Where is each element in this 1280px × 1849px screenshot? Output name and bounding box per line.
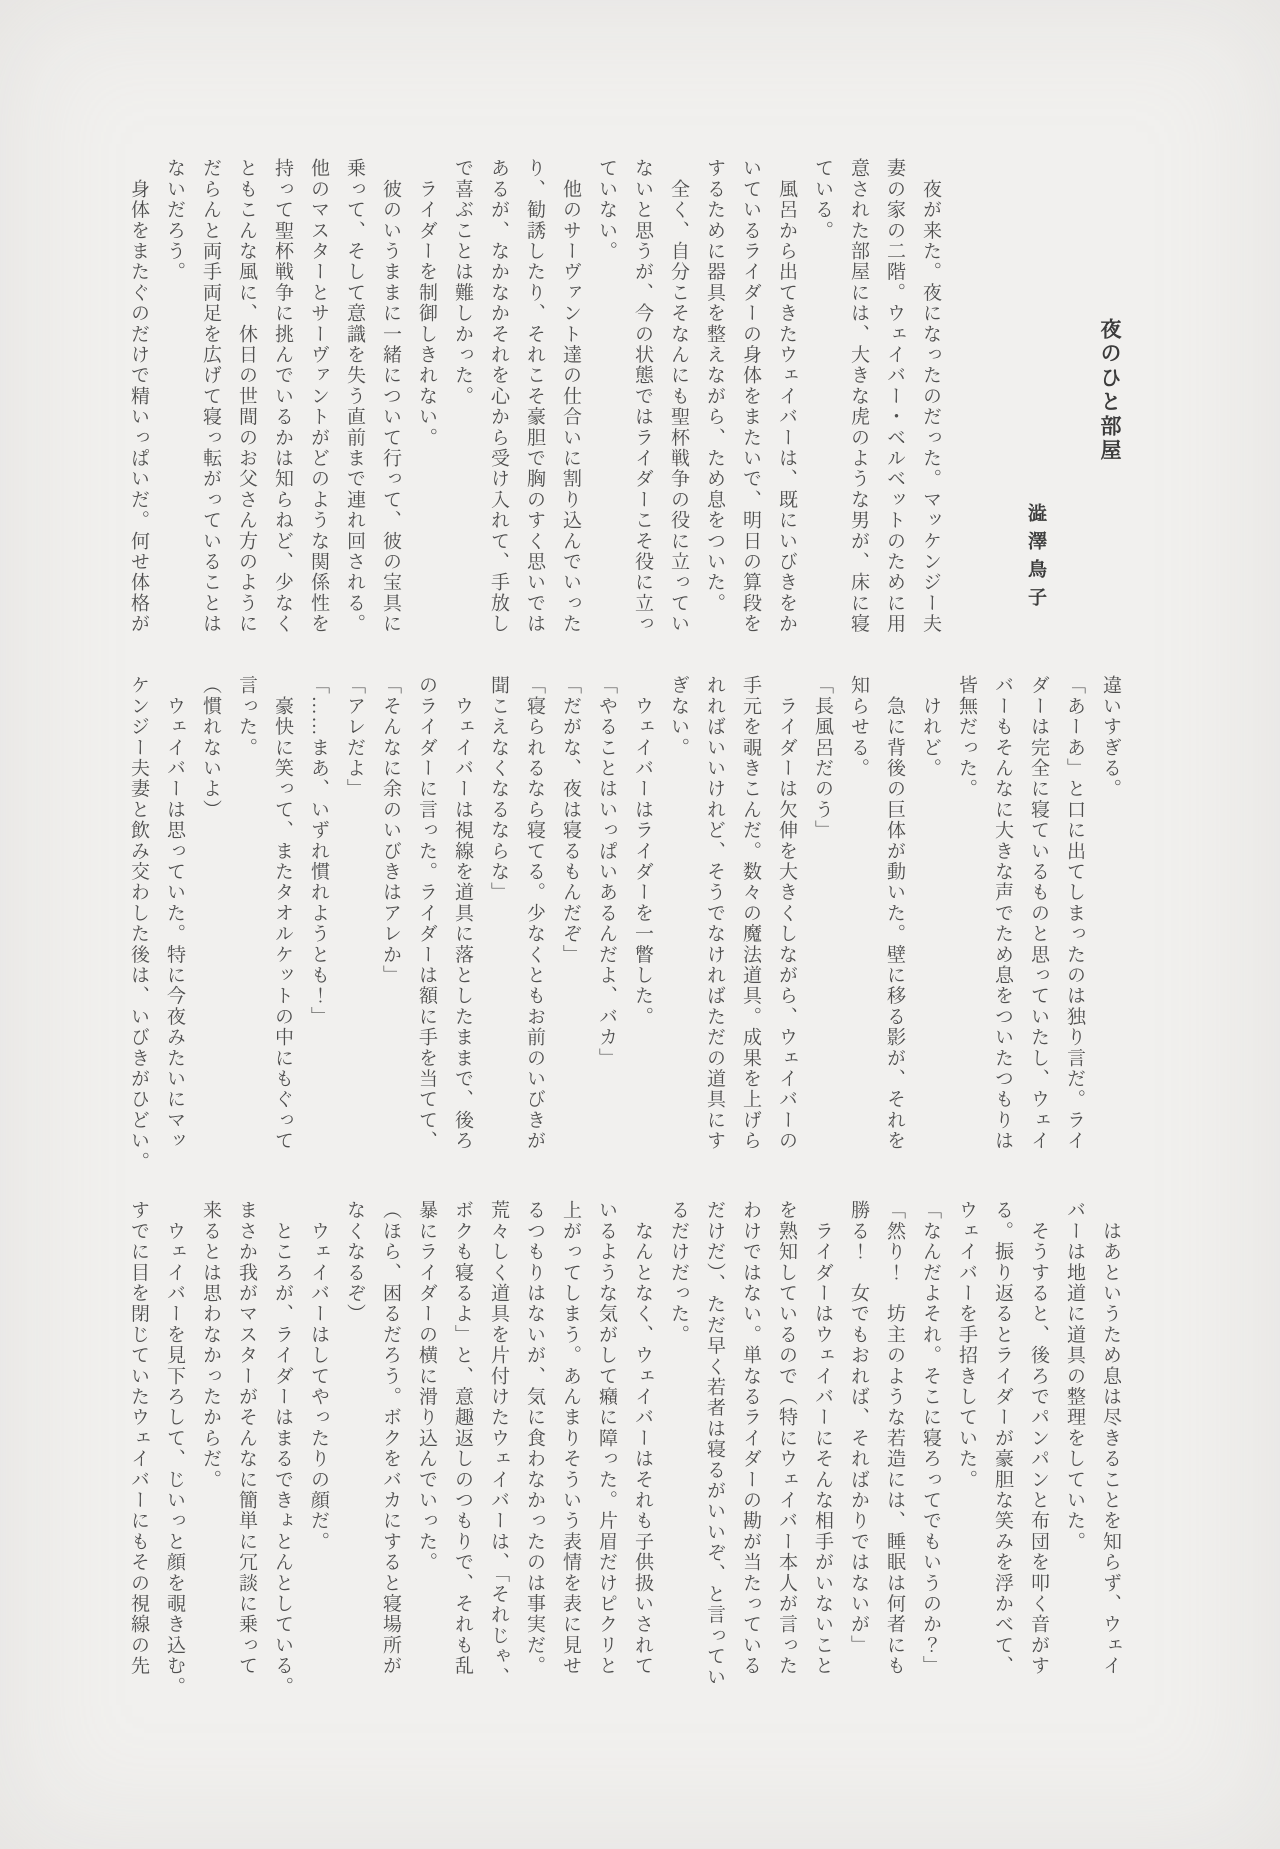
text-column: ウェイバーは思っていた。特に今夜みたいにマッ (164, 675, 184, 1151)
text-column: 来るとは思わなかったからだ。 (200, 1200, 220, 1490)
text-column: ウェイバーは視線を道具に落としたままで、後ろ (452, 675, 472, 1151)
text-column: り、勧誘したり、それこそ豪胆で胸のすく思いでは (524, 158, 544, 634)
text-column: 皆無だった。 (956, 675, 976, 799)
text-column: 身体をまたぐのだけで精いっぱいだ。何せ体格が (128, 158, 148, 634)
text-column: 「あーあ」と口に出てしまったのは独り言だ。ライ (1064, 675, 1084, 1151)
text-column: だけだ）、ただ早く若者は寝るがいいぞ、と言ってい (704, 1200, 724, 1687)
author-name: 澁澤鳥子 (1026, 503, 1045, 615)
text-column: 意された部屋には、大きな虎のような男が、床に寝 (848, 158, 868, 634)
page-title: 夜のひと部屋 (1099, 318, 1120, 463)
text-column: 上がってしまう。あんまりそういう表情を表に見せ (560, 1200, 580, 1676)
text-column: 「……まあ、いずれ慣れようとも！」 (308, 675, 328, 1027)
text-column: バーは地道に道具の整理をしていた。 (1064, 1200, 1084, 1552)
text-column: 持って聖杯戦争に挑んでいるかは知らねど、少なく (272, 158, 292, 634)
text-column: 「だがな、夜は寝るもんだぞ」 (560, 675, 580, 965)
text-column: 手元を覗きこんだ。数々の魔法道具。成果を上げら (740, 675, 760, 1151)
text-column: 「長風呂だのう」 (812, 675, 832, 841)
text-column: 「然り！ 坊主のような若造には、睡眠は何者にも (884, 1200, 904, 1676)
text-column: ライダーを制御しきれない。 (416, 158, 436, 448)
text-column: ウェイバーはしてやったりの顔だ。 (308, 1200, 328, 1552)
text-band-2: 違いすぎる。「あーあ」と口に出てしまったのは独り言だ。ライダーは完全に寝ているも… (128, 675, 1120, 1161)
text-column: 荒々しく道具を片付けたウェイバーは、「それじゃ、 (488, 1200, 508, 1687)
text-column: ライダーはウェイバーにそんな相手がいないこと (812, 1200, 832, 1676)
text-band-1: 夜が来た。夜になったのだった。マッケンジー夫妻の家の二階。ウェイバー・ベルベット… (128, 158, 940, 644)
text-column: なんとなく、ウェイバーはそれも子供扱いされて (632, 1200, 652, 1676)
text-column: まさか我がマスターがそんなに簡単に冗談に乗って (236, 1200, 256, 1676)
text-column: 「やることはいっぱいあるんだよ、バカ」 (596, 675, 616, 1068)
text-column: ともこんな風に、休日の世間のお父さん方のように (236, 158, 256, 634)
text-column: ウェイバーを手招きしていた。 (956, 1200, 976, 1490)
text-column: る。振り返るとライダーが豪胆な笑みを浮かべて、 (992, 1200, 1012, 1676)
text-column: いているライダーの身体をまたいで、明日の算段を (740, 158, 760, 634)
text-column: ウェイバーはライダーを一瞥した。 (632, 675, 652, 1027)
text-column: 聞こえなくなるならな」 (488, 675, 508, 903)
text-column: 夜が来た。夜になったのだった。マッケンジー夫 (920, 158, 940, 634)
text-column: あるが、なかなかそれを心から受け入れて、手放し (488, 158, 508, 634)
scanned-book-page: 夜のひと部屋 澁澤鳥子 夜が来た。夜になったのだった。マッケンジー夫妻の家の二階… (0, 0, 1280, 1849)
text-column: はあというため息は尽きることを知らず、ウェイ (1100, 1200, 1120, 1676)
text-column: 他のサーヴァント達の仕合いに割り込んでいった (560, 158, 580, 634)
text-column: を熟知しているので（特にウェイバー本人が言った (776, 1200, 796, 1676)
text-column: 暴にライダーの横に滑り込んでいった。 (416, 1200, 436, 1573)
text-band-3: はあというため息は尽きることを知らず、ウェイバーは地道に道具の整理をしていた。 … (128, 1200, 1120, 1690)
text-column: ダーは完全に寝ているものと思っていたし、ウェイ (1028, 675, 1048, 1151)
text-column: ぎない。 (668, 675, 688, 758)
text-column: 違いすぎる。 (1100, 675, 1120, 799)
text-column: 急に背後の巨体が動いた。壁に移る影が、それを (884, 675, 904, 1151)
text-column: で喜ぶことは難しかった。 (452, 158, 472, 406)
text-column: 他のマスターとサーヴァントがどのような関係性を (308, 158, 328, 634)
text-column: 豪快に笑って、またタオルケットの中にもぐって (272, 675, 292, 1151)
text-column: そうすると、後ろでパンパンと布団を叩く音がす (1028, 1200, 1048, 1676)
text-column: 「寝られるなら寝てる。少なくともお前のいびきが (524, 675, 544, 1151)
text-column: 知らせる。 (848, 675, 868, 779)
text-column: ボクも寝るよ」と、意趣返しのつもりで、それも乱 (452, 1200, 472, 1676)
text-column: なくなるぞ） (344, 1200, 364, 1324)
text-column: ていない。 (596, 158, 616, 262)
text-column: 勝る！ 女でもおれば、そればかりではないが」 (848, 1200, 868, 1655)
text-column: ライダーは欠伸を大きくしながら、ウェイバーの (776, 675, 796, 1151)
text-column: ウェイバーを見下ろして、じいっと顔を覗き込む。 (164, 1200, 184, 1697)
text-column: 言った。 (236, 675, 256, 758)
text-column: 「そんなに余のいびきはアレか」 (380, 675, 400, 986)
text-column: 妻の家の二階。ウェイバー・ベルベットのために用 (884, 158, 904, 634)
text-column: わけではない。単なるライダーの勘が当たっている (740, 1200, 760, 1676)
text-column: すでに目を閉じていたウェイバーにもその視線の先 (128, 1200, 148, 1676)
text-column: いるような気がして癪に障った。片眉だけピクリと (596, 1200, 616, 1676)
text-column: するために器具を整えながら、ため息をついた。 (704, 158, 724, 613)
text-column: 全く、自分こそなんにも聖杯戦争の役に立ってい (668, 158, 688, 634)
text-column: るつもりはないが、気に食わなかったのは事実だ。 (524, 1200, 544, 1676)
text-column: ている。 (812, 158, 832, 241)
text-column: 風呂から出てきたウェイバーは、既にいびきをか (776, 158, 796, 634)
text-column: バーもそんなに大きな声でため息をついたつもりは (992, 675, 1012, 1151)
text-column: れればいいけれど、そうでなければただの道具にす (704, 675, 724, 1151)
text-column: けれど。 (920, 675, 940, 779)
text-column: 「なんだよそれ。そこに寝ろってでもいうのか？」 (920, 1200, 940, 1676)
text-column: ないと思うが、今の状態ではライダーこそ役に立っ (632, 158, 652, 634)
text-column: だらんと両手両足を広げて寝っ転がっていることは (200, 158, 220, 634)
text-column: 「アレだよ」 (344, 675, 364, 799)
text-column: のライダーに言った。ライダーは額に手を当てて、 (416, 675, 436, 1151)
text-column: ケンジー夫妻と飲み交わした後は、いびきがひどい。 (128, 675, 148, 1172)
text-column: ないだろう。 (164, 158, 184, 282)
text-column: るだけだった。 (668, 1200, 688, 1345)
text-column: 乗って、そして意識を失う直前まで連れ回される。 (344, 158, 364, 634)
text-column: 彼のいうままに一緒について行って、彼の宝具に (380, 158, 400, 634)
text-column: （慣れないよ） (200, 675, 220, 820)
text-column: （ほら、困るだろう。ボクをバカにすると寝場所が (380, 1200, 400, 1676)
text-column: ところが、ライダーはまるできょとんとしている。 (272, 1200, 292, 1697)
